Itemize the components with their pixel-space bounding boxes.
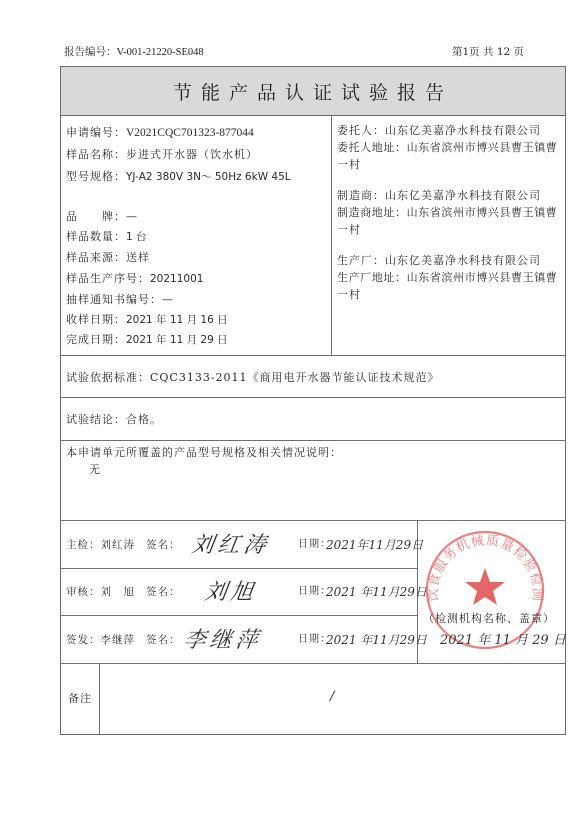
seal-date: 2021 年 11 月 29 日: [440, 629, 566, 648]
report-title: 节能产品认证试验报告: [173, 78, 453, 105]
issuer: 签发：李继萍: [66, 633, 135, 647]
column-divider: [331, 115, 332, 355]
chief-inspector: 主检：刘红涛: [66, 538, 135, 552]
application-no: 申请编号：V2021CQC701323-877044: [66, 126, 254, 140]
remarks-divider: [99, 663, 100, 735]
reviewer-signature: 刘旭: [203, 575, 259, 606]
row-divider: [60, 440, 566, 441]
sign-label: 签名：: [146, 585, 181, 599]
test-standard: 试验依据标准：CQC3133-2011《商用电开水器节能认证技术规范》: [66, 371, 440, 385]
inspector-date: 2021年11月29日: [326, 536, 423, 553]
serial-number: 样品生产序号：20211001: [66, 272, 203, 286]
received-date: 收样日期：2021 年 11 月 16 日: [66, 313, 228, 327]
client-address: 委托人地址：山东省滨州市博兴县曹王镇曹: [337, 141, 557, 155]
completed-date: 完成日期：2021 年 11 月 29 日: [66, 333, 228, 347]
title-band: 节能产品认证试验报告: [61, 67, 565, 116]
manufacturer: 制造商：山东亿美嘉净水科技有限公司: [337, 189, 541, 203]
sampling-notice-no: 抽样通知书编号：—: [66, 293, 173, 307]
inspector-signature: 刘红涛: [190, 528, 272, 559]
brand: 品 牌：—: [66, 210, 137, 224]
remarks-label: 备注: [68, 692, 92, 706]
sign-label: 签名：: [146, 633, 181, 647]
issuer-date: 2021 年11月29日: [326, 631, 427, 648]
coverage-label: 本申请单元所覆盖的产品型号规格及相关情况说明：: [66, 446, 342, 460]
reviewer: 审核：刘 旭: [66, 585, 135, 599]
star-icon: [465, 568, 505, 605]
client: 委托人：山东亿美嘉净水科技有限公司: [337, 124, 541, 138]
coverage-value: 无: [89, 463, 100, 477]
row-divider: [60, 397, 566, 398]
factory: 生产厂：山东亿美嘉净水科技有限公司: [337, 254, 541, 268]
sample-name: 样品名称：步进式开水器（饮水机）: [66, 148, 258, 162]
model-spec: 型号规格：YJ-A2 380V 3N～ 50Hz 6kW 45L: [66, 170, 291, 184]
factory-address: 生产厂地址：山东省滨州市博兴县曹王镇曹: [337, 271, 557, 285]
test-conclusion: 试验结论：合格。: [66, 413, 162, 427]
row-divider: [60, 568, 417, 569]
seal-caption: （检测机构名称、盖章）: [423, 612, 555, 626]
report-number: 报告编号：V-001-21220-SE048: [64, 44, 204, 59]
client-address-cont: 一村: [337, 158, 361, 172]
row-divider: [60, 355, 566, 356]
manufacturer-address: 制造商地址：山东省滨州市博兴县曹王镇曹: [337, 206, 557, 220]
row-divider: [60, 663, 566, 664]
remarks-value: /: [330, 689, 334, 704]
page-indicator: 第1页 共 12 页: [452, 44, 524, 59]
sign-label: 签名：: [146, 538, 181, 552]
reviewer-date: 2021 年11月29日: [326, 583, 427, 600]
issuer-signature: 李继萍: [182, 623, 264, 654]
row-divider: [60, 615, 417, 616]
sample-quantity: 样品数量：1 台: [66, 230, 147, 244]
manufacturer-address-cont: 一村: [337, 223, 361, 237]
factory-address-cont: 一村: [337, 288, 361, 302]
sample-source: 样品来源：送样: [66, 251, 150, 265]
